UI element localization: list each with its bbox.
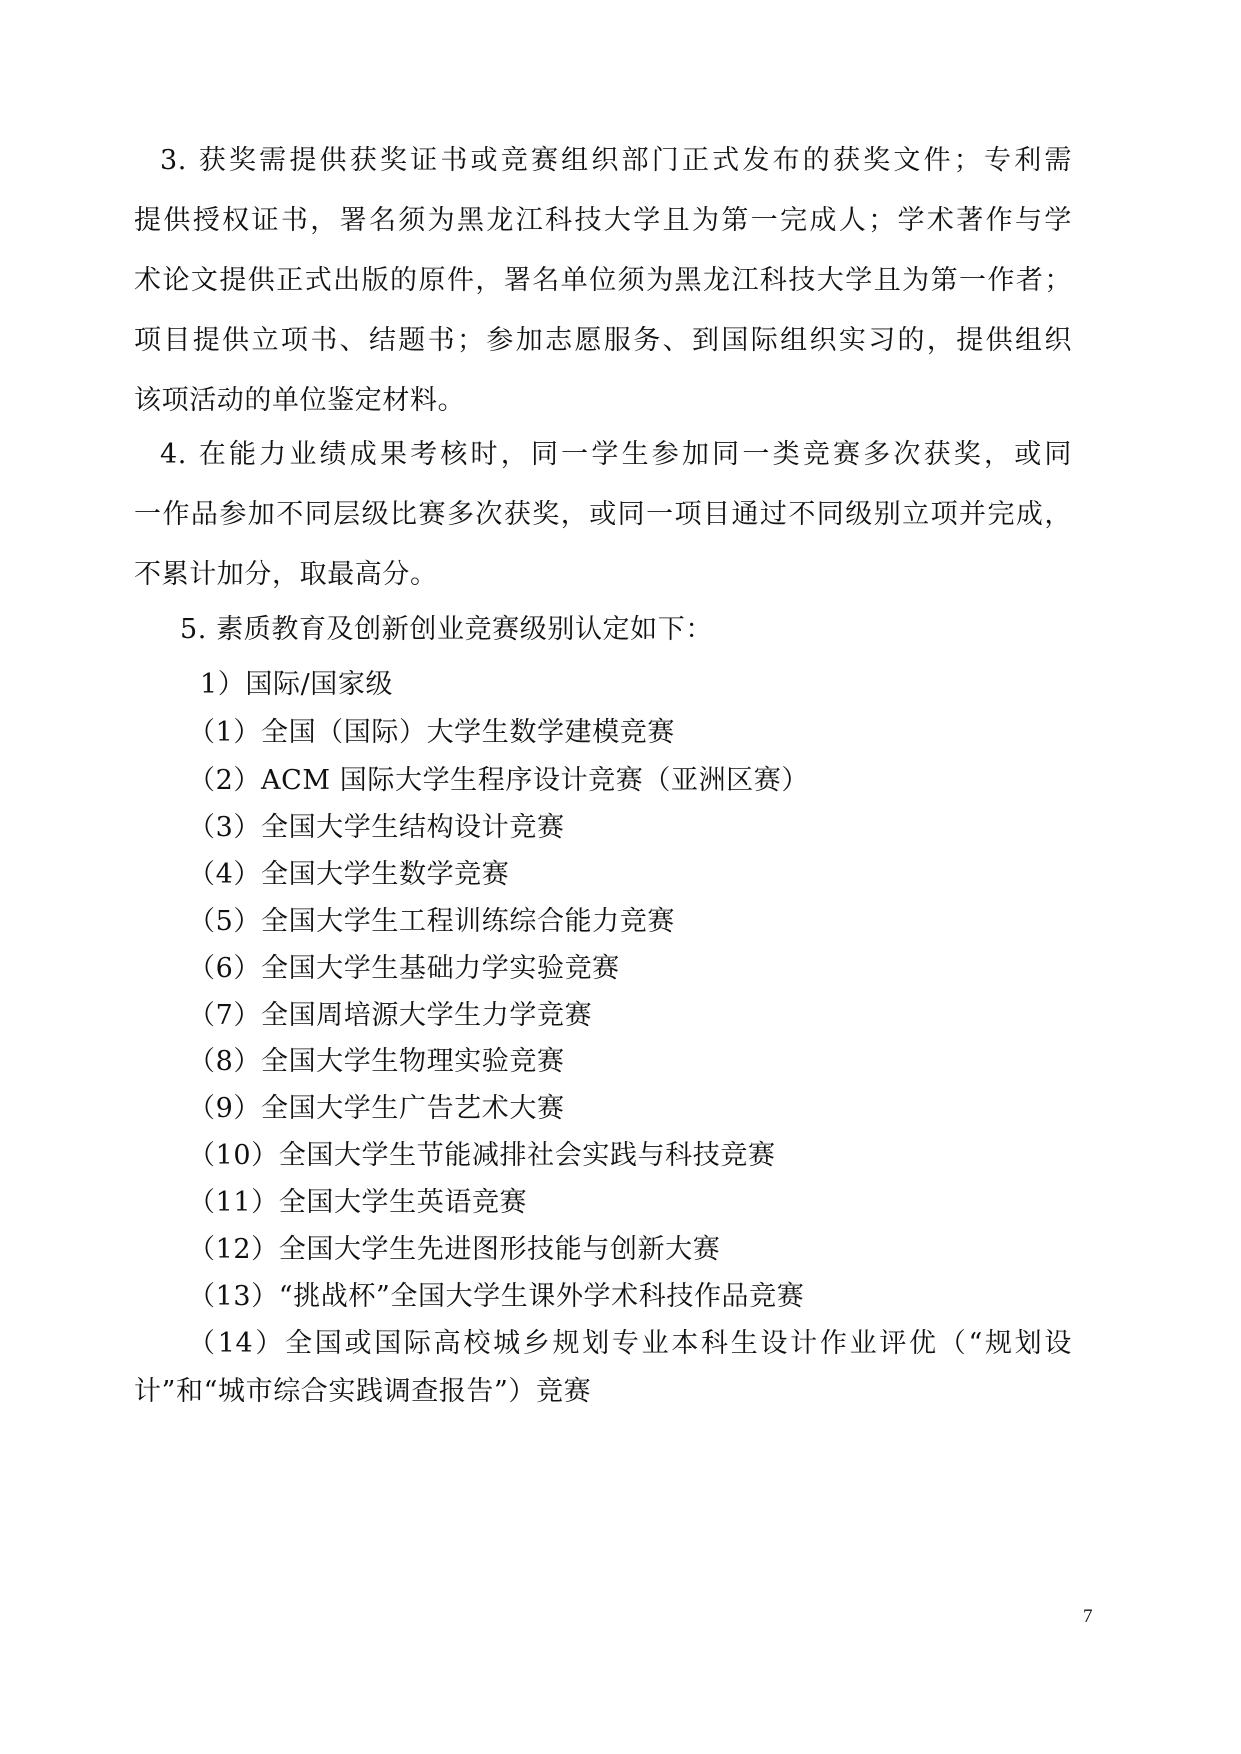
paragraph-3-line-4: 项目提供立项书、结题书；参加志愿服务、到国际组织实习的，提供组织: [134, 324, 1072, 358]
competition-item-14-line-1: （14）全国或国际高校城乡规划专业本科生设计作业评优（“规划设: [188, 1327, 1072, 1361]
paragraph-3-line-2: 提供授权证书，署名须为黑龙江科技大学且为第一完成人；学术著作与学: [134, 204, 1072, 238]
competition-item-10: （10）全国大学生节能减排社会实践与科技竞赛: [188, 1139, 776, 1173]
document-page: 3. 获奖需提供获奖证书或竞赛组织部门正式发布的获奖文件；专利需 提供授权证书，…: [0, 0, 1241, 1754]
competition-item-8: （8）全国大学生物理实验竞赛: [188, 1045, 565, 1079]
paragraph-4-line-1: 4. 在能力业绩成果考核时，同一学生参加同一类竞赛多次获奖，或同: [160, 438, 1072, 472]
paragraph-4-line-2: 一作品参加不同层级比赛多次获奖，或同一项目通过不同级别立项并完成，: [134, 498, 1072, 532]
competition-item-11: （11）全国大学生英语竞赛: [188, 1186, 527, 1220]
page-number: 7: [1083, 1606, 1093, 1628]
level-heading: 1）国际/国家级: [200, 668, 393, 702]
competition-item-7: （7）全国周培源大学生力学竞赛: [188, 999, 592, 1033]
paragraph-3-line-3: 术论文提供正式出版的原件，署名单位须为黑龙江科技大学且为第一作者；: [134, 264, 1072, 298]
competition-item-12: （12）全国大学生先进图形技能与创新大赛: [188, 1233, 720, 1267]
competition-item-13: （13）“挑战杯”全国大学生课外学术科技作品竞赛: [188, 1280, 804, 1314]
competition-item-14-line-2: 计”和“城市综合实践调查报告”）竞赛: [134, 1375, 591, 1409]
paragraph-5-heading: 5. 素质教育及创新创业竞赛级别认定如下：: [180, 613, 713, 647]
paragraph-3-line-5: 该项活动的单位鉴定材料。: [134, 384, 465, 418]
paragraph-4-line-3: 不累计加分，取最高分。: [134, 558, 438, 592]
competition-item-3: （3）全国大学生结构设计竞赛: [188, 811, 565, 845]
competition-item-5: （5）全国大学生工程训练综合能力竞赛: [188, 905, 675, 939]
competition-item-2: （2）ACM 国际大学生程序设计竞赛（亚洲区赛）: [188, 764, 809, 798]
competition-item-9: （9）全国大学生广告艺术大赛: [188, 1092, 565, 1126]
competition-item-6: （6）全国大学生基础力学实验竞赛: [188, 952, 620, 986]
competition-item-4: （4）全国大学生数学竞赛: [188, 858, 509, 892]
competition-item-1: （1）全国（国际）大学生数学建模竞赛: [188, 716, 675, 750]
paragraph-3-line-1: 3. 获奖需提供获奖证书或竞赛组织部门正式发布的获奖文件；专利需: [160, 144, 1072, 178]
